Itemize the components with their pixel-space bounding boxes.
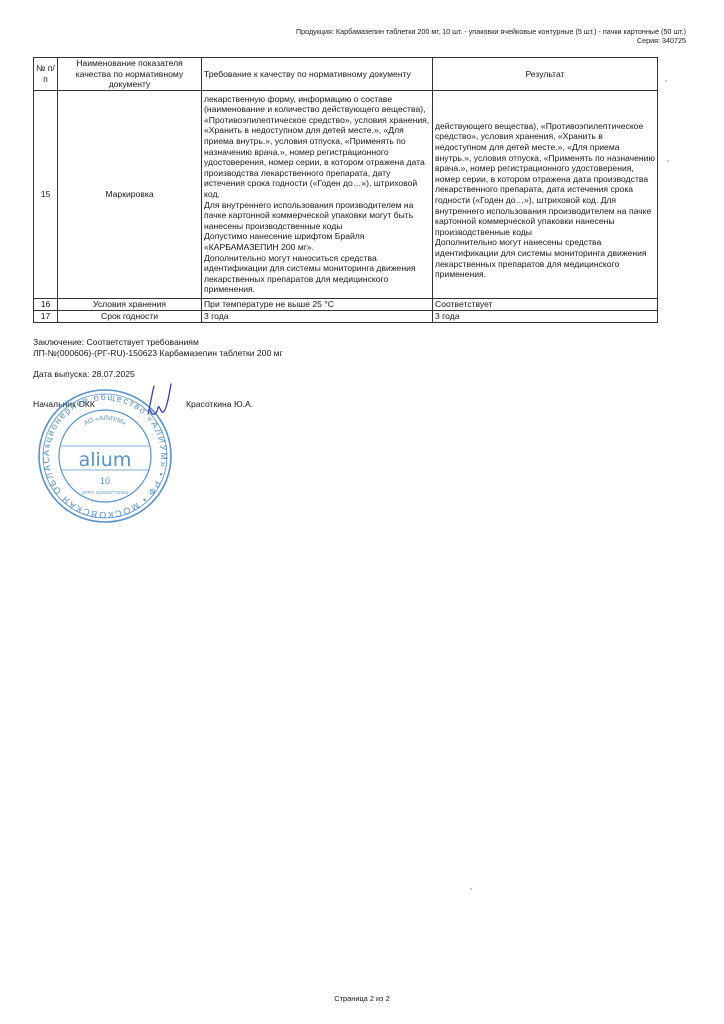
row-result: Соответствует — [433, 298, 658, 310]
scan-speck — [667, 160, 669, 162]
document-header: Продукция: Карбамазепин таблетки 200 мг,… — [296, 27, 686, 45]
row-num: 15 — [34, 90, 58, 298]
table-row: 16 Условия хранения При температуре не в… — [34, 298, 658, 310]
row-num: 17 — [34, 310, 58, 322]
product-line: Продукция: Карбамазепин таблетки 200 мг,… — [296, 27, 686, 36]
row-result: действующего вещества), «Противоэпилепти… — [433, 90, 658, 298]
scan-speck — [665, 80, 667, 82]
row-name: Срок годности — [58, 310, 202, 322]
conclusion-line-1: Заключение: Соответствует требованиям — [33, 337, 283, 348]
row-requirement: лекарственную форму, информацию о состав… — [202, 90, 433, 298]
table-row: 15 Маркировка лекарственную форму, инфор… — [34, 90, 658, 298]
row-requirement: 3 года — [202, 310, 433, 322]
stamp-number: 10 — [100, 476, 110, 486]
release-date: Дата выпуска: 28.07.2025 — [33, 369, 135, 380]
series-line: Серия: 340725 — [296, 36, 686, 45]
scan-speck — [470, 888, 472, 890]
row-name: Условия хранения — [58, 298, 202, 310]
svg-text:АО «АЛИУМ»: АО «АЛИУМ» — [83, 415, 127, 427]
stamp-inner-top: АО «АЛИУМ» — [83, 415, 127, 427]
signature-name: Красоткина Ю.А. — [186, 399, 253, 410]
row-num: 16 — [34, 298, 58, 310]
row-result: 3 года — [433, 310, 658, 322]
table-row: 17 Срок годности 3 года 3 года — [34, 310, 658, 322]
quality-table: № п/п Наименование показателя качества п… — [33, 57, 658, 323]
table-header-row: № п/п Наименование показателя качества п… — [34, 58, 658, 91]
conclusion-line-2: ЛП-№(000606)-(РГ-RU)-150623 Карбамазепин… — [33, 348, 283, 359]
conclusion: Заключение: Соответствует требованиям ЛП… — [33, 337, 283, 359]
col-header-requirement: Требование к качеству по нормативному до… — [202, 58, 433, 91]
signature-scribble — [138, 380, 178, 420]
row-requirement: При температуре не выше 25 °С — [202, 298, 433, 310]
col-header-result: Результат — [433, 58, 658, 91]
col-header-num: № п/п — [34, 58, 58, 91]
stamp-logo: alium — [79, 449, 132, 471]
row-name: Маркировка — [58, 90, 202, 298]
page-number: Страница 2 из 2 — [0, 994, 724, 1003]
stamp-inner-bottom: ОГРН 1025007731663 — [82, 490, 128, 495]
col-header-name: Наименование показателя качества по норм… — [58, 58, 202, 91]
